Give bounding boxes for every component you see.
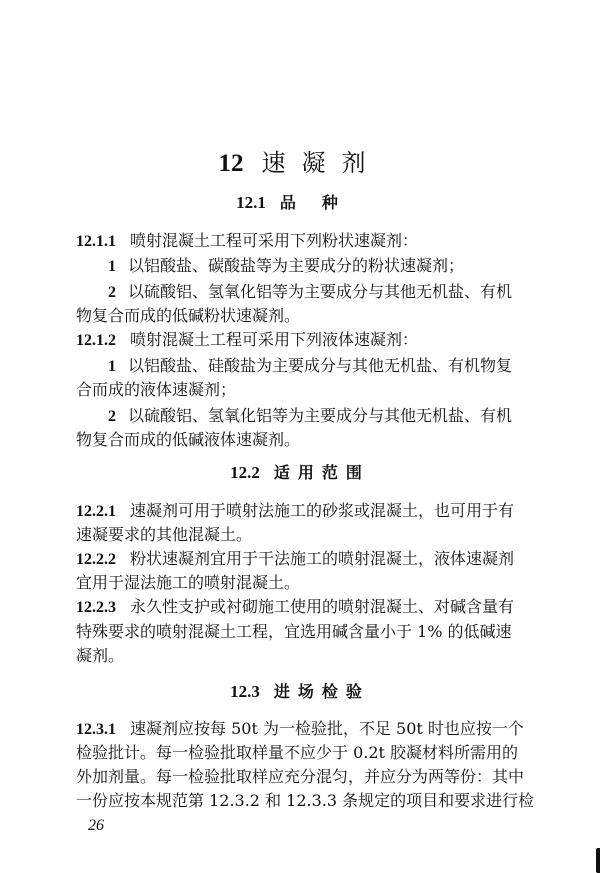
clause-text: 粉状速凝剂宜用于干法施工的喷射混凝土，液体速凝剂 [130,549,514,568]
clause-text: 喷射混凝土工程可采用下列粉状速凝剂： [130,231,418,250]
item-text: 以硫酸铝、氢氧化铝等为主要成分与其他无机盐、有机 [128,406,512,425]
clause-12-2-3: 12.2.3永久性支护或衬砌施工使用的喷射混凝土、对碱含量有 [76,597,546,618]
item-number: 1 [108,358,116,375]
clause-text: 永久性支护或衬砌施工使用的喷射混凝土、对碱含量有 [130,597,514,616]
clause-number: 12.1.2 [76,332,116,349]
list-item: 1以铝酸盐、硅酸盐为主要成分与其他无机盐、有机物复 [108,356,578,377]
section-title-12-3: 12.3进场检验 [0,679,600,702]
section-number: 12.2 [230,463,260,482]
clause-text-continued: 检验批计。每一检验批取样量不应少于 0.2t 胶凝材料所需用的 [76,743,546,763]
item-text-continued: 合而成的液体速凝剂； [76,380,546,400]
item-number: 1 [108,258,116,275]
chapter-number: 12 [219,150,244,177]
chapter-heading: 速凝剂 [262,149,382,177]
section-title-12-2: 12.2适用范围 [0,460,600,483]
clause-12-1-1: 12.1.1喷射混凝土工程可采用下列粉状速凝剂： [76,231,546,252]
section-heading: 适用范围 [274,463,370,482]
page-number: 26 [88,817,104,835]
clause-text-continued: 特殊要求的喷射混凝土工程，宜选用碱含量小于 1% 的低碱速 [76,622,546,642]
clause-12-1-2: 12.1.2喷射混凝土工程可采用下列液体速凝剂： [76,330,546,351]
section-number: 12.3 [230,682,260,701]
document-page: 12速凝剂 12.1品种 12.1.1喷射混凝土工程可采用下列粉状速凝剂： 1以… [0,0,600,873]
item-text: 以铝酸盐、碳酸盐等为主要成分的粉状速凝剂； [128,256,464,275]
clause-text: 喷射混凝土工程可采用下列液体速凝剂： [130,330,418,349]
item-number: 2 [108,284,116,301]
clause-text-continued: 外加剂量。每一检验批取样应充分混匀，并应分为两等份：其中 [76,767,546,787]
item-text-continued: 物复合而成的低碱粉状速凝剂。 [76,306,546,326]
clause-number: 12.3.1 [76,721,116,738]
section-heading: 品种 [280,193,364,212]
clause-text-continued: 速凝要求的其他混凝土。 [76,525,546,545]
clause-text-continued: 宜用于湿法施工的喷射混凝土。 [76,573,546,593]
clause-text-continued: 凝剂。 [76,646,546,666]
clause-text-continued: 一份应按本规范第 12.3.2 和 12.3.3 条规定的项目和要求进行检 [76,791,546,811]
clause-number: 12.2.1 [76,503,116,520]
section-heading: 进场检验 [274,682,370,701]
clause-12-2-1: 12.2.1速凝剂可用于喷射法施工的砂浆或混凝土，也可用于有 [76,501,546,522]
clause-number: 12.1.1 [76,233,116,250]
item-text: 以硫酸铝、氢氧化铝等为主要成分与其他无机盐、有机 [128,282,512,301]
list-item: 1以铝酸盐、碳酸盐等为主要成分的粉状速凝剂； [108,256,578,277]
chapter-title: 12速凝剂 [0,143,600,178]
clause-number: 12.2.2 [76,551,116,568]
item-text-continued: 物复合而成的低碱液体速凝剂。 [76,430,546,450]
clause-text: 速凝剂应按每 50t 为一检验批，不足 50t 时也应按一个 [130,719,524,738]
list-item: 2以硫酸铝、氢氧化铝等为主要成分与其他无机盐、有机 [108,282,578,303]
item-text: 以铝酸盐、硅酸盐为主要成分与其他无机盐、有机物复 [128,356,512,375]
section-title-12-1: 12.1品种 [0,190,600,213]
clause-12-2-2: 12.2.2粉状速凝剂宜用于干法施工的喷射混凝土，液体速凝剂 [76,549,546,570]
section-number: 12.1 [236,193,266,212]
clause-12-3-1: 12.3.1速凝剂应按每 50t 为一检验批，不足 50t 时也应按一个 [76,719,546,740]
item-number: 2 [108,408,116,425]
list-item: 2以硫酸铝、氢氧化铝等为主要成分与其他无机盐、有机 [108,406,578,427]
clause-number: 12.2.3 [76,599,116,616]
scan-edge-mark [596,848,600,873]
clause-text: 速凝剂可用于喷射法施工的砂浆或混凝土，也可用于有 [130,501,514,520]
